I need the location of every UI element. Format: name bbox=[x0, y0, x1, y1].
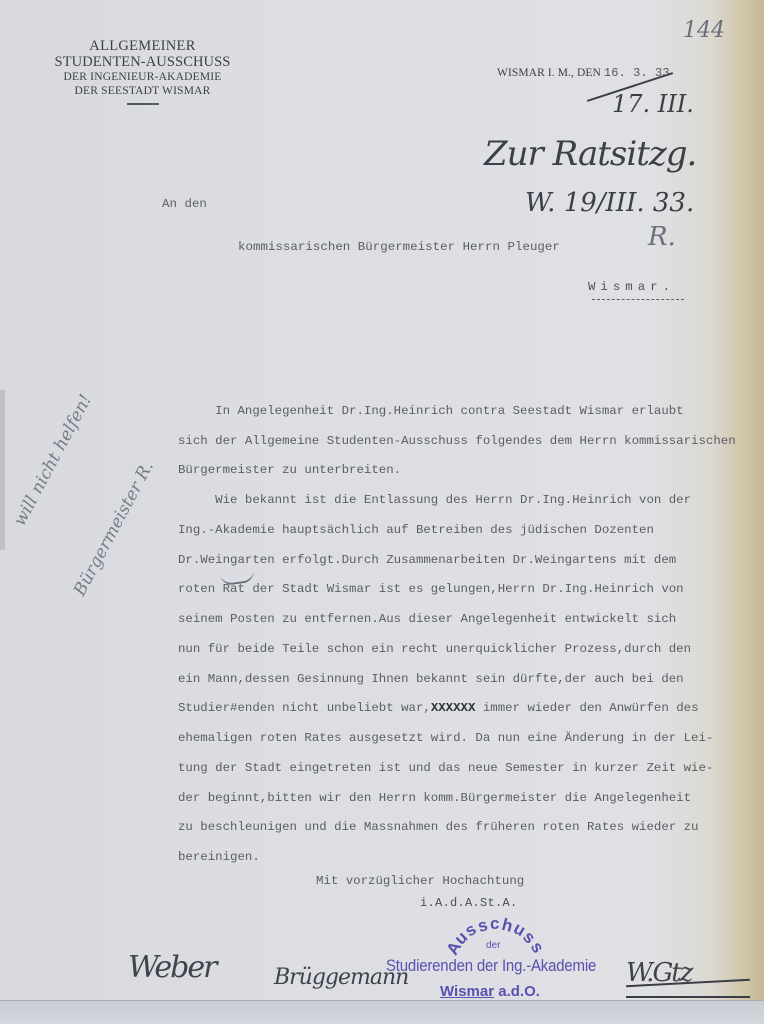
body-line: ein Mann,dessen Gesinnung Ihnen bekannt … bbox=[178, 672, 684, 686]
body-line: Studier#enden nicht unbeliebt war,XXXXXX… bbox=[178, 701, 699, 715]
body-line: Bürgermeister zu unterbreiten. bbox=[178, 463, 401, 477]
dateline: WISMAR I. M., DEN 16. 3. 33 bbox=[497, 66, 670, 80]
stamp-city: Wismar bbox=[440, 983, 494, 1000]
city-underline bbox=[592, 299, 684, 300]
body-line: der beginnt,bitten wir den Herrn komm.Bü… bbox=[178, 791, 691, 805]
stamp-line-2: Studierenden der Ing.-Akademie bbox=[386, 956, 596, 976]
handwritten-routing-date: W. 19/III. 33. bbox=[525, 188, 694, 218]
body-line: bereinigen. bbox=[178, 850, 260, 864]
recipient-city: Wismar. bbox=[588, 280, 675, 294]
letterhead-line-4: DER SEESTADT WISMAR bbox=[30, 84, 255, 98]
letterhead-rule bbox=[127, 103, 159, 105]
handwritten-page-number: 144 bbox=[683, 18, 725, 43]
on-behalf-abbreviation: i.A.d.A.St.A. bbox=[420, 896, 518, 910]
letterhead: ALLGEMEINER STUDENTEN-AUSSCHUSS DER INGE… bbox=[30, 38, 255, 105]
body-line: seinem Posten zu entfernen.Aus dieser An… bbox=[178, 612, 676, 626]
stamp-der: der bbox=[486, 940, 500, 951]
handwritten-initial: R. bbox=[648, 222, 676, 252]
binding-edge bbox=[0, 390, 5, 550]
body-line: nun für beide Teile schon ein recht uner… bbox=[178, 642, 691, 656]
recipient-name: kommissarischen Bürgermeister Herrn Pleu… bbox=[238, 240, 560, 254]
body-line: Ing.-Akademie hauptsächlich auf Betreibe… bbox=[178, 523, 654, 537]
stamp-line-3: Wismar a.d.O. bbox=[440, 983, 540, 1000]
body-line: tung der Stadt eingetreten ist und das n… bbox=[178, 761, 713, 775]
body-line-text: immer wieder den Anwürfen des bbox=[475, 701, 698, 715]
signature-1: Weber bbox=[128, 950, 215, 985]
handwritten-routing-note: Zur Ratsitzg. bbox=[484, 134, 696, 174]
letterhead-line-1: ALLGEMEINER bbox=[30, 38, 255, 54]
dateline-printed: WISMAR I. M., DEN bbox=[497, 67, 604, 79]
body-line: Wie bekannt ist die Entlassung des Herrn… bbox=[178, 493, 691, 507]
signature-underline bbox=[626, 996, 750, 998]
body-line-text: Studier#enden nicht unbeliebt war, bbox=[178, 701, 431, 715]
letterhead-line-2: STUDENTEN-AUSSCHUSS bbox=[30, 54, 255, 70]
recipient-label: An den bbox=[162, 197, 207, 211]
stamp-suffix: a.d.O. bbox=[494, 983, 540, 1000]
body-line: ehemaligen roten Rates ausgesetzt wird. … bbox=[178, 731, 713, 745]
struck-out-word: XXXXXX bbox=[431, 701, 476, 715]
handwritten-received-date: 17. III. bbox=[612, 90, 694, 118]
body-line: sich der Allgemeine Studenten-Ausschuss … bbox=[178, 434, 736, 448]
page-edge bbox=[0, 1000, 764, 1024]
body-line: In Angelegenheit Dr.Ing.Heinrich contra … bbox=[178, 404, 684, 418]
closing-salutation: Mit vorzüglicher Hochachtung bbox=[316, 874, 524, 888]
letterhead-line-3: DER INGENIEUR-AKADEMIE bbox=[30, 70, 255, 84]
signature-2: Brüggemann bbox=[274, 965, 408, 990]
body-line: roten Rat der Stadt Wismar ist es gelung… bbox=[178, 582, 684, 596]
body-line: zu beschleunigen und die Massnahmen des … bbox=[178, 820, 699, 834]
